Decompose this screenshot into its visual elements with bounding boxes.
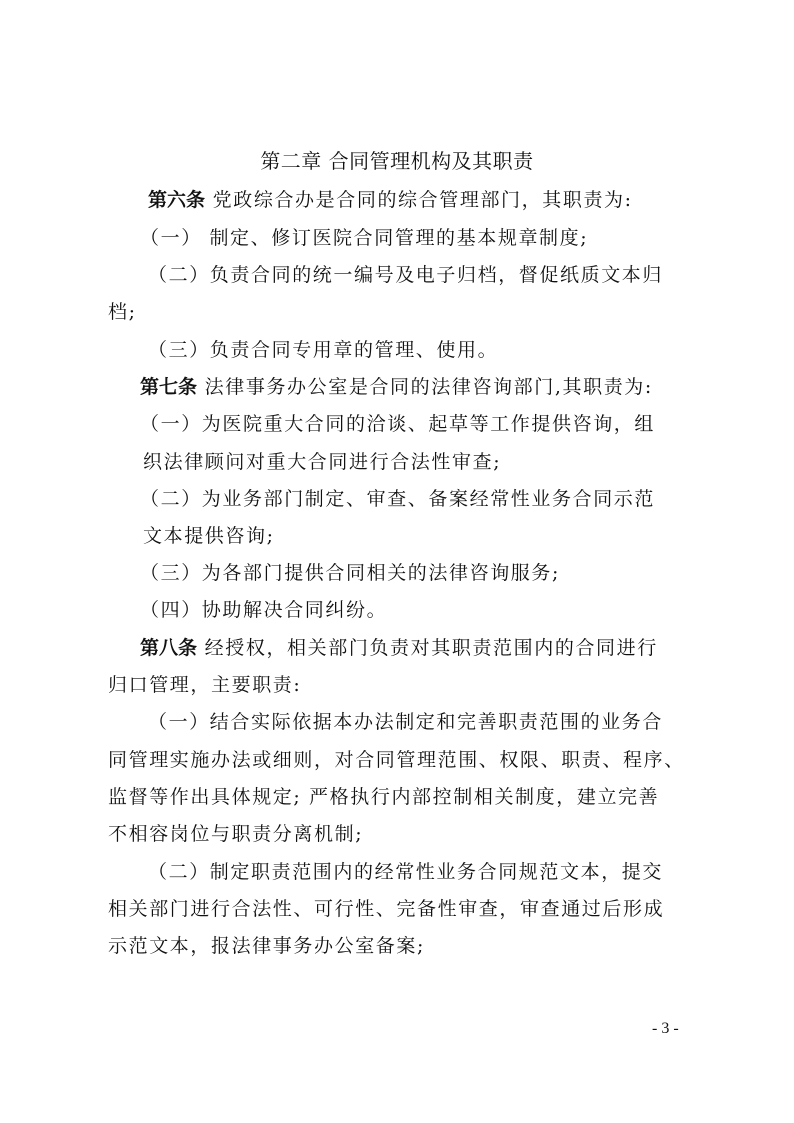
article-heading: 第六条 [148,189,205,211]
chapter-title: 第二章 合同管理机构及其职责 [0,148,794,174]
page-number: - 3 - [652,1020,679,1038]
paragraph-line: 归口管理，主要职责: [108,673,301,697]
paragraph-line: 同管理实施办法或细则，对合同管理范围、权限、职责、程序、 [108,748,685,772]
paragraph-line: 第六条 党政综合办是合同的综合管理部门，其职责为: [148,188,633,212]
paragraph-line: 文本提供咨询; [143,524,275,548]
line-text: （一） 制定、修订医院合同管理的基本规章制度; [140,227,588,249]
line-text: （一）结合实际依据本办法制定和完善职责范围的业务合 [148,711,663,733]
line-text: 法律事务办公室是合同的法律咨询部门,其职责为: [197,376,653,398]
paragraph-line: （二）负责合同的统一编号及电子归档，督促纸质文本归 [148,263,663,287]
line-text: 归口管理，主要职责: [108,674,301,696]
paragraph-line: （一）结合实际依据本办法制定和完善职责范围的业务合 [148,710,663,734]
paragraph-line: 第七条 法律事务办公室是合同的法律咨询部门,其职责为: [140,375,653,399]
article-heading: 第八条 [140,637,197,659]
line-text: （二）制定职责范围内的经常性业务合同规范文本，提交 [148,861,663,883]
line-text: 相关部门进行合法性、可行性、完备性审查，审查通过后形成 [108,898,664,920]
line-text: （二）负责合同的统一编号及电子归档，督促纸质文本归 [148,264,663,286]
line-text: 党政综合办是合同的综合管理部门，其职责为: [205,189,633,211]
paragraph-line: （一） 制定、修订医院合同管理的基本规章制度; [140,226,588,250]
paragraph-line: （二）为业务部门制定、审查、备案经常性业务合同示范 [140,487,655,511]
line-text: （二）为业务部门制定、审查、备案经常性业务合同示范 [140,488,655,510]
paragraph-line: 第八条 经授权，相关部门负责对其职责范围内的合同进行 [140,636,658,660]
paragraph-line: （三）为各部门提供合同相关的法律咨询服务; [140,561,560,585]
article-heading: 第七条 [140,376,197,398]
line-text: 文本提供咨询; [143,525,275,547]
line-text: 不相容岗位与职责分离机制; [108,823,363,845]
line-text: （三）为各部门提供合同相关的法律咨询服务; [140,562,560,584]
paragraph-line: 档; [108,300,137,324]
paragraph-line: 监督等作出具体规定; 严格执行内部控制相关制度，建立完善 [108,785,659,809]
line-text: 档; [108,301,137,323]
paragraph-line: （三）负责合同专用章的管理、使用。 [148,338,498,362]
line-text: （三）负责合同专用章的管理、使用。 [148,339,498,361]
line-text: 经授权，相关部门负责对其职责范围内的合同进行 [197,637,658,659]
paragraph-line: 相关部门进行合法性、可行性、完备性审查，审查通过后形成 [108,897,664,921]
paragraph-line: （二）制定职责范围内的经常性业务合同规范文本，提交 [148,860,663,884]
paragraph-line: 示范文本，报法律事务办公室备案; [108,934,425,958]
line-text: （四）协助解决合同纠纷。 [140,599,387,621]
paragraph-line: 织法律顾问对重大合同进行合法性审查; [143,450,501,474]
line-text: （一）为医院重大合同的洽谈、起草等工作提供咨询，组 [140,413,655,435]
paragraph-line: （四）协助解决合同纠纷。 [140,598,387,622]
line-text: 示范文本，报法律事务办公室备案; [108,935,425,957]
paragraph-line: （一）为医院重大合同的洽谈、起草等工作提供咨询，组 [140,412,655,436]
line-text: 同管理实施办法或细则，对合同管理范围、权限、职责、程序、 [108,749,685,771]
line-text: 监督等作出具体规定; 严格执行内部控制相关制度，建立完善 [108,786,659,808]
paragraph-line: 不相容岗位与职责分离机制; [108,822,363,846]
line-text: 织法律顾问对重大合同进行合法性审查; [143,451,501,473]
